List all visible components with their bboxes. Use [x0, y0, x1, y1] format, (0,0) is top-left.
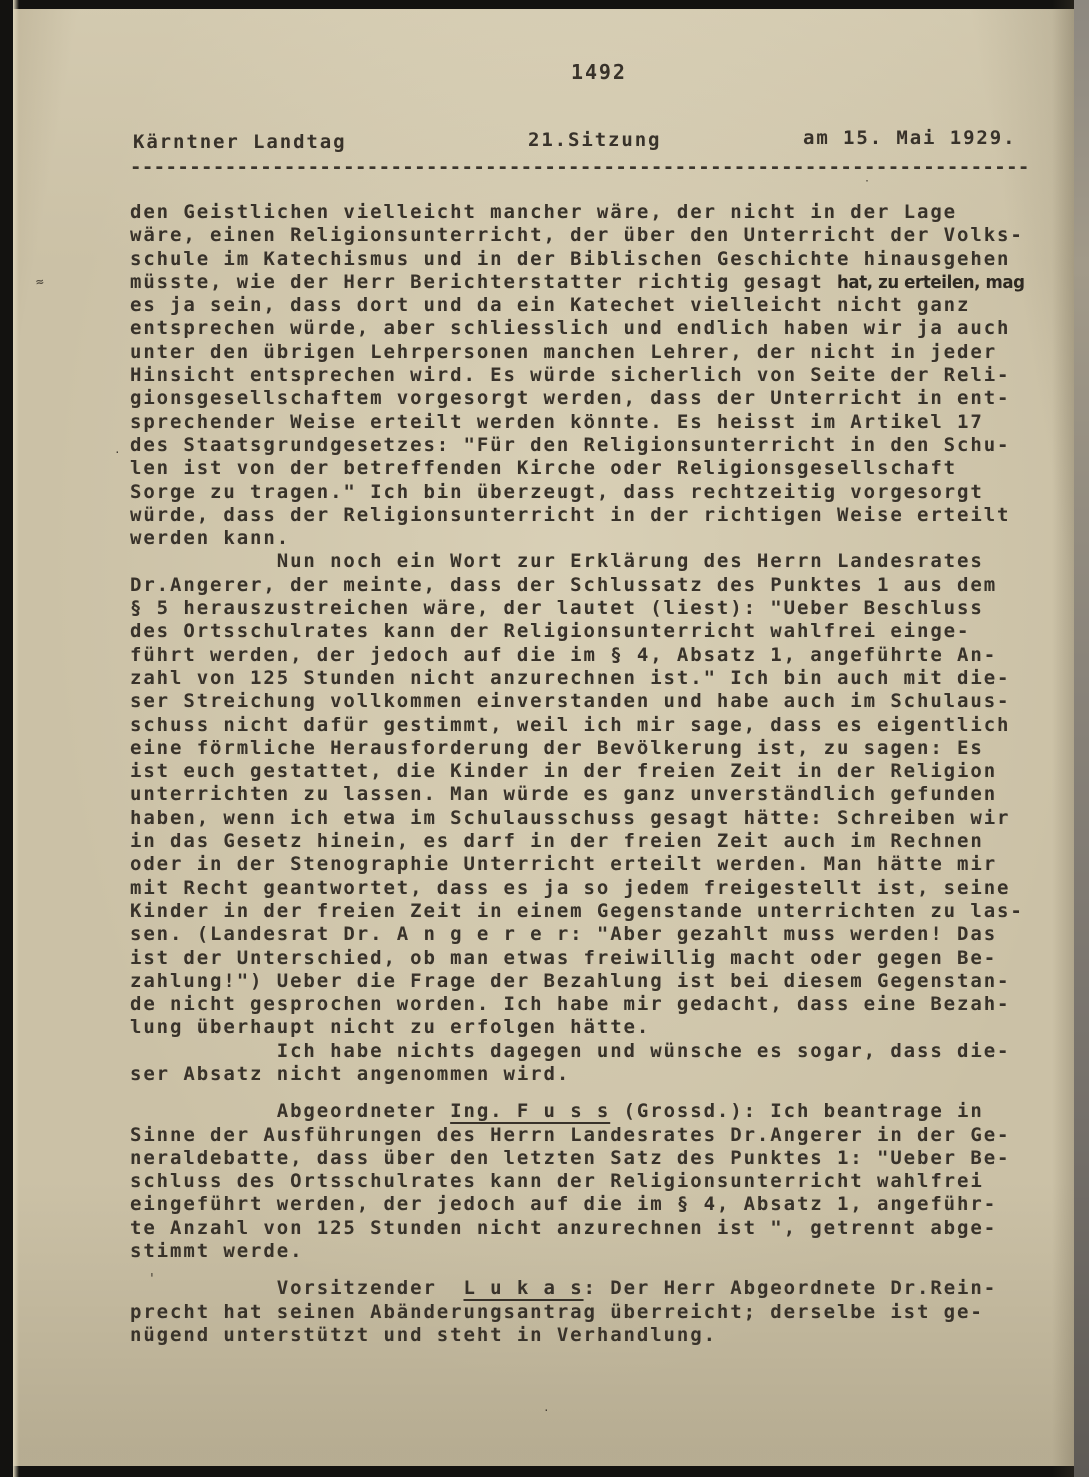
text-segment: len ist von der betreffenden Kirche oder…	[130, 457, 957, 479]
paragraph-5: Vorsitzender L u k a s: Der Herr Abgeord…	[130, 1277, 1035, 1347]
text-segment: haben, wenn ich etwa im Schulausschuss g…	[130, 807, 1010, 829]
text-segment: Abgeordneter	[130, 1100, 450, 1122]
scan-border-left	[0, 0, 13, 1477]
text-segment: neraldebatte, dass über den letzten Satz…	[130, 1147, 1010, 1169]
text-line: unter den übrigen Lehrpersonen manchen L…	[130, 341, 1035, 364]
text-line: de nicht gesprochen worden. Ich habe mir…	[130, 993, 1035, 1016]
text-segment: ser Streichung vollkommen einverstanden …	[130, 690, 1010, 712]
text-segment: ser Absatz nicht angenommen wird.	[130, 1063, 570, 1085]
text-line: eine förmliche Herausforderung der Bevöl…	[130, 737, 1035, 760]
text-line: werden kann.	[130, 527, 1035, 550]
paragraph-1: den Geistlichen vielleicht mancher wäre,…	[130, 201, 1035, 550]
text-line: zahlung!") Ueber die Frage der Bezahlung…	[130, 970, 1035, 993]
scan-border-right	[1074, 0, 1089, 1477]
text-line: Ich habe nichts dagegen und wünsche es s…	[130, 1040, 1035, 1063]
text-segment: zahl von 125 Stunden nicht anzurechnen i…	[130, 667, 1010, 689]
text-line: des Ortsschulrates kann der Religionsunt…	[130, 620, 1035, 643]
scan-border-bottom	[0, 1466, 1089, 1477]
text-segment: gionsgesellschaftem vorgesorgt werden, d…	[130, 387, 1010, 409]
text-line: ser Streichung vollkommen einverstanden …	[130, 690, 1035, 713]
text-segment: ist der Unterschied, ob man etwas freiwi…	[130, 947, 997, 969]
text-segment: de nicht gesprochen worden. Ich habe mir…	[130, 993, 1010, 1015]
text-segment: eingeführt werden, der jedoch auf die im…	[130, 1193, 997, 1215]
text-line: schule im Katechismus und in der Biblisc…	[130, 248, 1035, 271]
text-line: oder in der Stenographie Unterricht erte…	[130, 853, 1035, 876]
text-line: wäre, einen Religionsunterricht, der übe…	[130, 224, 1035, 247]
underlined-speaker-name: L u k a s	[463, 1277, 583, 1299]
text-line: § 5 herauszustreichen wäre, der lautet (…	[130, 597, 1035, 620]
text-segment: schule im Katechismus und in der Biblisc…	[130, 248, 1010, 270]
text-line: unterrichten zu lassen. Man würde es gan…	[130, 783, 1035, 806]
scan-speck: ≈	[35, 275, 45, 291]
text-segment: ist euch gestattet, die Kinder in der fr…	[130, 760, 997, 782]
page-number: 1492	[571, 60, 627, 84]
text-segment: müsste, wie der Herr Berichterstatter ri…	[130, 271, 837, 293]
text-segment: Dr.Angerer, der meinte, dass der Schluss…	[130, 574, 997, 596]
scan-speck: ·	[543, 1404, 550, 1417]
text-line: schluss des Ortsschulrates kann der Reli…	[130, 1170, 1035, 1193]
header-session-date: am 15. Mai 1929.	[803, 127, 1016, 149]
text-segment: unter den übrigen Lehrpersonen manchen L…	[130, 341, 997, 363]
text-line: ser Absatz nicht angenommen wird.	[130, 1063, 1035, 1086]
scanned-document-page: 1492 Kärntner Landtag 21.Sitzung am 15. …	[0, 0, 1089, 1477]
text-segment: würde, dass der Religionsunterricht in d…	[130, 504, 1010, 526]
text-line: Nun noch ein Wort zur Erklärung des Herr…	[130, 550, 1035, 573]
text-segment: nügend unterstützt und steht in Verhandl…	[130, 1324, 717, 1346]
scan-speck: ·	[114, 446, 121, 459]
text-segment: wäre, einen Religionsunterricht, der übe…	[130, 224, 1024, 246]
text-segment: Nun noch ein Wort zur Erklärung des Herr…	[130, 550, 984, 572]
text-line: ist euch gestattet, die Kinder in der fr…	[130, 760, 1035, 783]
text-line: es ja sein, dass dort und da ein Kateche…	[130, 294, 1035, 317]
document-body: den Geistlichen vielleicht mancher wäre,…	[130, 201, 1035, 1347]
text-line: eingeführt werden, der jedoch auf die im…	[130, 1193, 1035, 1216]
text-line: Abgeordneter Ing. F u s s (Grossd.): Ich…	[130, 1100, 1035, 1123]
text-line: stimmt werde.	[130, 1240, 1035, 1263]
text-segment: te Anzahl von 125 Stunden nicht anzurech…	[130, 1217, 997, 1239]
handwritten-insertion: hat, zu erteilen, mag	[837, 271, 1025, 294]
text-segment: Ich habe nichts dagegen und wünsche es s…	[130, 1040, 1010, 1062]
underlined-speaker-name: Ing. F u s s	[450, 1100, 610, 1122]
text-segment: Sinne der Ausführungen des Herrn Landesr…	[130, 1124, 1010, 1146]
text-line: haben, wenn ich etwa im Schulausschuss g…	[130, 807, 1035, 830]
text-segment: schluss des Ortsschulrates kann der Reli…	[130, 1170, 984, 1192]
paragraph-2: Nun noch ein Wort zur Erklärung des Herr…	[130, 550, 1035, 1039]
text-line: ist der Unterschied, ob man etwas freiwi…	[130, 947, 1035, 970]
text-line: gionsgesellschaftem vorgesorgt werden, d…	[130, 387, 1035, 410]
text-segment: (Grossd.): Ich beantrage in	[610, 1100, 984, 1122]
text-segment: führt werden, der jedoch auf die im § 4,…	[130, 644, 997, 666]
text-segment: schuss nicht dafür gestimmt, weil ich mi…	[130, 714, 1010, 736]
text-line: te Anzahl von 125 Stunden nicht anzurech…	[130, 1217, 1035, 1240]
text-segment: werden kann.	[130, 527, 290, 549]
text-line: len ist von der betreffenden Kirche oder…	[130, 457, 1035, 480]
text-segment: Kinder in der freien Zeit in einem Gegen…	[130, 900, 1024, 922]
paragraph-3: Ich habe nichts dagegen und wünsche es s…	[130, 1040, 1035, 1087]
text-line: entsprechen würde, aber schliesslich und…	[130, 317, 1035, 340]
text-segment: Hinsicht entsprechen wird. Es würde sich…	[130, 364, 1010, 386]
text-line: sprechender Weise erteilt werden könnte.…	[130, 411, 1035, 434]
text-segment: lung überhaupt nicht zu erfolgen hätte.	[130, 1016, 650, 1038]
text-line: Sinne der Ausführungen des Herrn Landesr…	[130, 1124, 1035, 1147]
text-line: müsste, wie der Herr Berichterstatter ri…	[130, 271, 1035, 294]
scan-border-top	[0, 0, 1089, 9]
text-line: Dr.Angerer, der meinte, dass der Schluss…	[130, 574, 1035, 597]
text-segment: zahlung!") Ueber die Frage der Bezahlung…	[130, 970, 1010, 992]
text-line: Vorsitzender L u k a s: Der Herr Abgeord…	[130, 1277, 1035, 1300]
text-segment: in das Gesetz hinein, es darf in der fre…	[130, 830, 984, 852]
paper-edge-highlight	[13, 0, 19, 1477]
header-parliament-title: Kärntner Landtag	[133, 131, 346, 153]
text-segment: entsprechen würde, aber schliesslich und…	[130, 317, 1010, 339]
text-line: sen. (Landesrat Dr. A n g e r e r: "Aber…	[130, 923, 1035, 946]
header-session-number: 21.Sitzung	[528, 129, 661, 151]
text-line: Kinder in der freien Zeit in einem Gegen…	[130, 900, 1035, 923]
text-segment: unterrichten zu lassen. Man würde es gan…	[130, 783, 997, 805]
text-line: precht hat seinen Abänderungsantrag über…	[130, 1301, 1035, 1324]
text-segment: sprechender Weise erteilt werden könnte.…	[130, 411, 984, 433]
text-line: den Geistlichen vielleicht mancher wäre,…	[130, 201, 1035, 224]
header-separator-dashes: ----------------------------------------…	[130, 156, 1030, 178]
text-line: des Staatsgrundgesetzes: "Für den Religi…	[130, 434, 1035, 457]
text-line: schuss nicht dafür gestimmt, weil ich mi…	[130, 714, 1035, 737]
paper-edge-shadow	[1052, 0, 1074, 1477]
text-segment: oder in der Stenographie Unterricht erte…	[130, 853, 997, 875]
text-segment: eine förmliche Herausforderung der Bevöl…	[130, 737, 984, 759]
text-segment: mit Recht geantwortet, dass es ja so jed…	[130, 877, 1010, 899]
text-line: führt werden, der jedoch auf die im § 4,…	[130, 644, 1035, 667]
text-segment: Vorsitzender	[130, 1277, 463, 1299]
text-segment: stimmt werde.	[130, 1240, 303, 1262]
text-line: Hinsicht entsprechen wird. Es würde sich…	[130, 364, 1035, 387]
text-line: nügend unterstützt und steht in Verhandl…	[130, 1324, 1035, 1347]
text-segment: den Geistlichen vielleicht mancher wäre,…	[130, 201, 957, 223]
text-segment: precht hat seinen Abänderungsantrag über…	[130, 1301, 984, 1323]
text-line: würde, dass der Religionsunterricht in d…	[130, 504, 1035, 527]
paragraph-4: Abgeordneter Ing. F u s s (Grossd.): Ich…	[130, 1100, 1035, 1263]
text-line: neraldebatte, dass über den letzten Satz…	[130, 1147, 1035, 1170]
text-segment: : Der Herr Abgeordnete Dr.Rein-	[584, 1277, 998, 1299]
text-line: lung überhaupt nicht zu erfolgen hätte.	[130, 1016, 1035, 1039]
text-line: in das Gesetz hinein, es darf in der fre…	[130, 830, 1035, 853]
text-line: mit Recht geantwortet, dass es ja so jed…	[130, 877, 1035, 900]
text-segment: es ja sein, dass dort und da ein Kateche…	[130, 294, 970, 316]
text-segment: des Ortsschulrates kann der Religionsunt…	[130, 620, 970, 642]
text-segment: Sorge zu tragen." Ich bin überzeugt, das…	[130, 481, 984, 503]
text-segment: des Staatsgrundgesetzes: "Für den Religi…	[130, 434, 1010, 456]
text-line: Sorge zu tragen." Ich bin überzeugt, das…	[130, 481, 1035, 504]
text-segment: sen. (Landesrat Dr. A n g e r e r: "Aber…	[130, 923, 997, 945]
text-line: zahl von 125 Stunden nicht anzurechnen i…	[130, 667, 1035, 690]
text-segment: § 5 herauszustreichen wäre, der lautet (…	[130, 597, 984, 619]
